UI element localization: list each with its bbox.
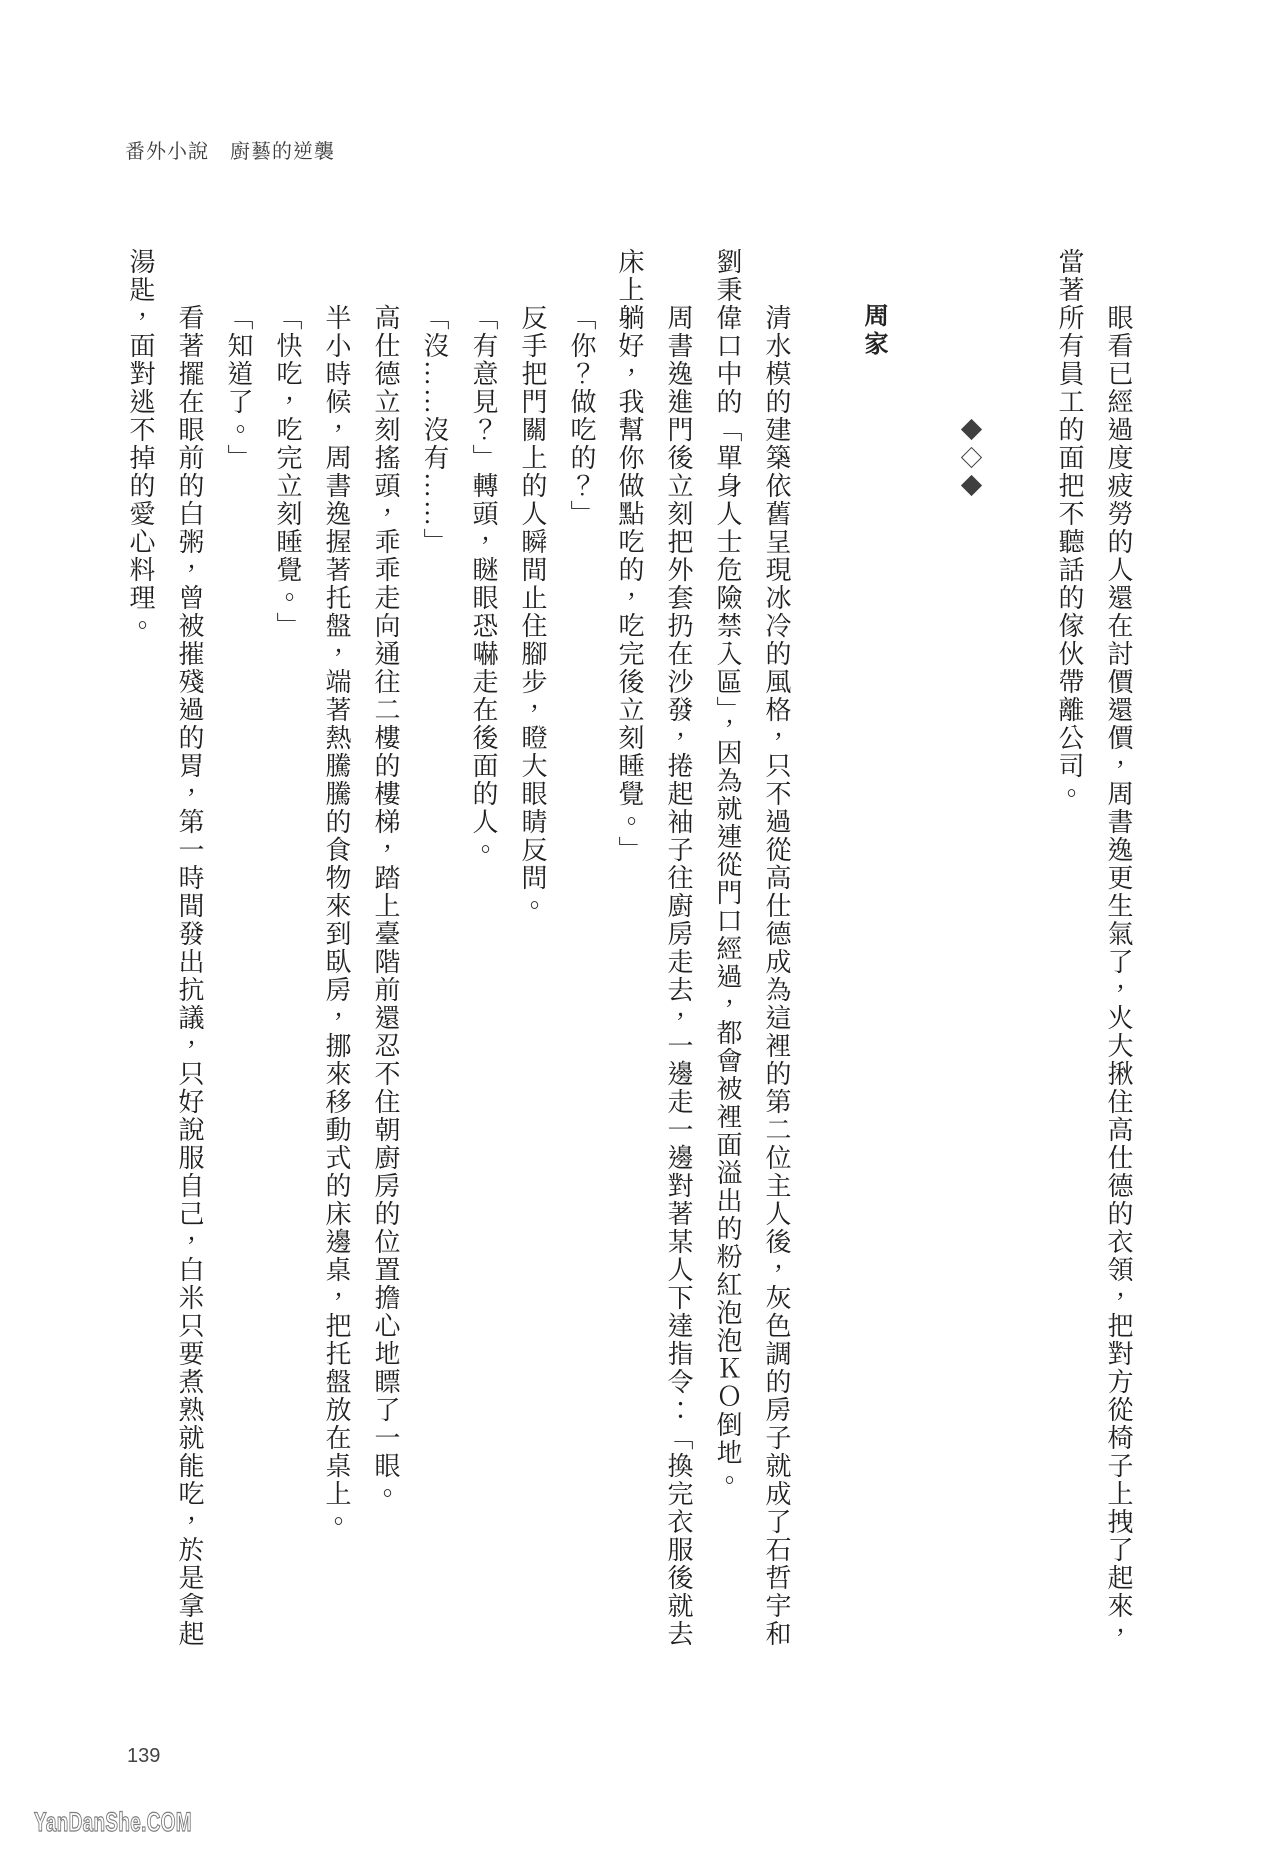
text-column: 眼看已經過度疲勞的人還在討價還價，周書逸更生氣了，火大揪住高仕德的衣領，把對方從…	[1104, 304, 1132, 1648]
text-column: 劉秉偉口中的「單身人士危險禁入區」，因為就連從門口經過，都會被裡面溢出的粉紅泡泡…	[713, 248, 741, 1495]
dialogue-column: 「知道了。」	[224, 304, 252, 472]
dialogue-column: 「快吃，吃完立刻睡覺。」	[273, 304, 301, 640]
filled-diamond-icon	[961, 475, 982, 496]
watermark: YanDanShe.COM	[34, 1808, 192, 1836]
text-column: 反手把門關上的人瞬間止住腳步，瞪大眼睛反問。	[518, 304, 546, 920]
page-number: 139	[127, 1745, 160, 1767]
dialogue-column: 「沒……沒有……」	[420, 304, 448, 556]
text-column: 湯匙，面對逃不掉的愛心料理。	[126, 248, 154, 640]
text-column: 高仕德立刻搖頭，乖乖走向通往二樓的樓梯，踏上臺階前還忍不住朝廚房的位置擔心地瞟了…	[371, 304, 399, 1508]
filled-diamond-icon	[961, 419, 982, 440]
text-column: 看著擺在眼前的白粥，曾被摧殘過的胃，第一時間發出抗議，只好說服自己，白米只要煮熟…	[175, 304, 203, 1648]
dialogue-column: 「有意見？」轉頭，瞇眼恐嚇走在後面的人。	[469, 304, 497, 864]
text-column: 床上躺好，我幫你做點吃的，吃完後立刻睡覺。」	[615, 248, 643, 864]
section-break-ornament	[958, 416, 986, 500]
hollow-diamond-icon	[961, 447, 982, 468]
text-column: 當著所有員工的面把不聽話的傢伙帶離公司。	[1055, 248, 1083, 808]
text-column: 半小時候，周書逸握著托盤，端著熱騰騰的食物來到臥房，挪來移動式的床邊桌，把托盤放…	[322, 304, 350, 1536]
book-page: 番外小說 廚藝的逆襲 眼看已經過度疲勞的人還在討價還價，周書逸更生氣了，火大揪住…	[0, 0, 1280, 1854]
section-heading: 周家	[860, 303, 888, 359]
text-column: 周書逸進門後立刻把外套扔在沙發，捲起袖子往廚房走去，一邊走一邊對著某人下達指令：…	[664, 304, 692, 1648]
dialogue-column: 「你？做吃的？」	[567, 304, 595, 528]
text-column: 清水模的建築依舊呈現冰冷的風格，只不過從高仕德成為這裡的第二位主人後，灰色調的房…	[762, 304, 790, 1648]
running-header: 番外小說 廚藝的逆襲	[125, 139, 335, 163]
